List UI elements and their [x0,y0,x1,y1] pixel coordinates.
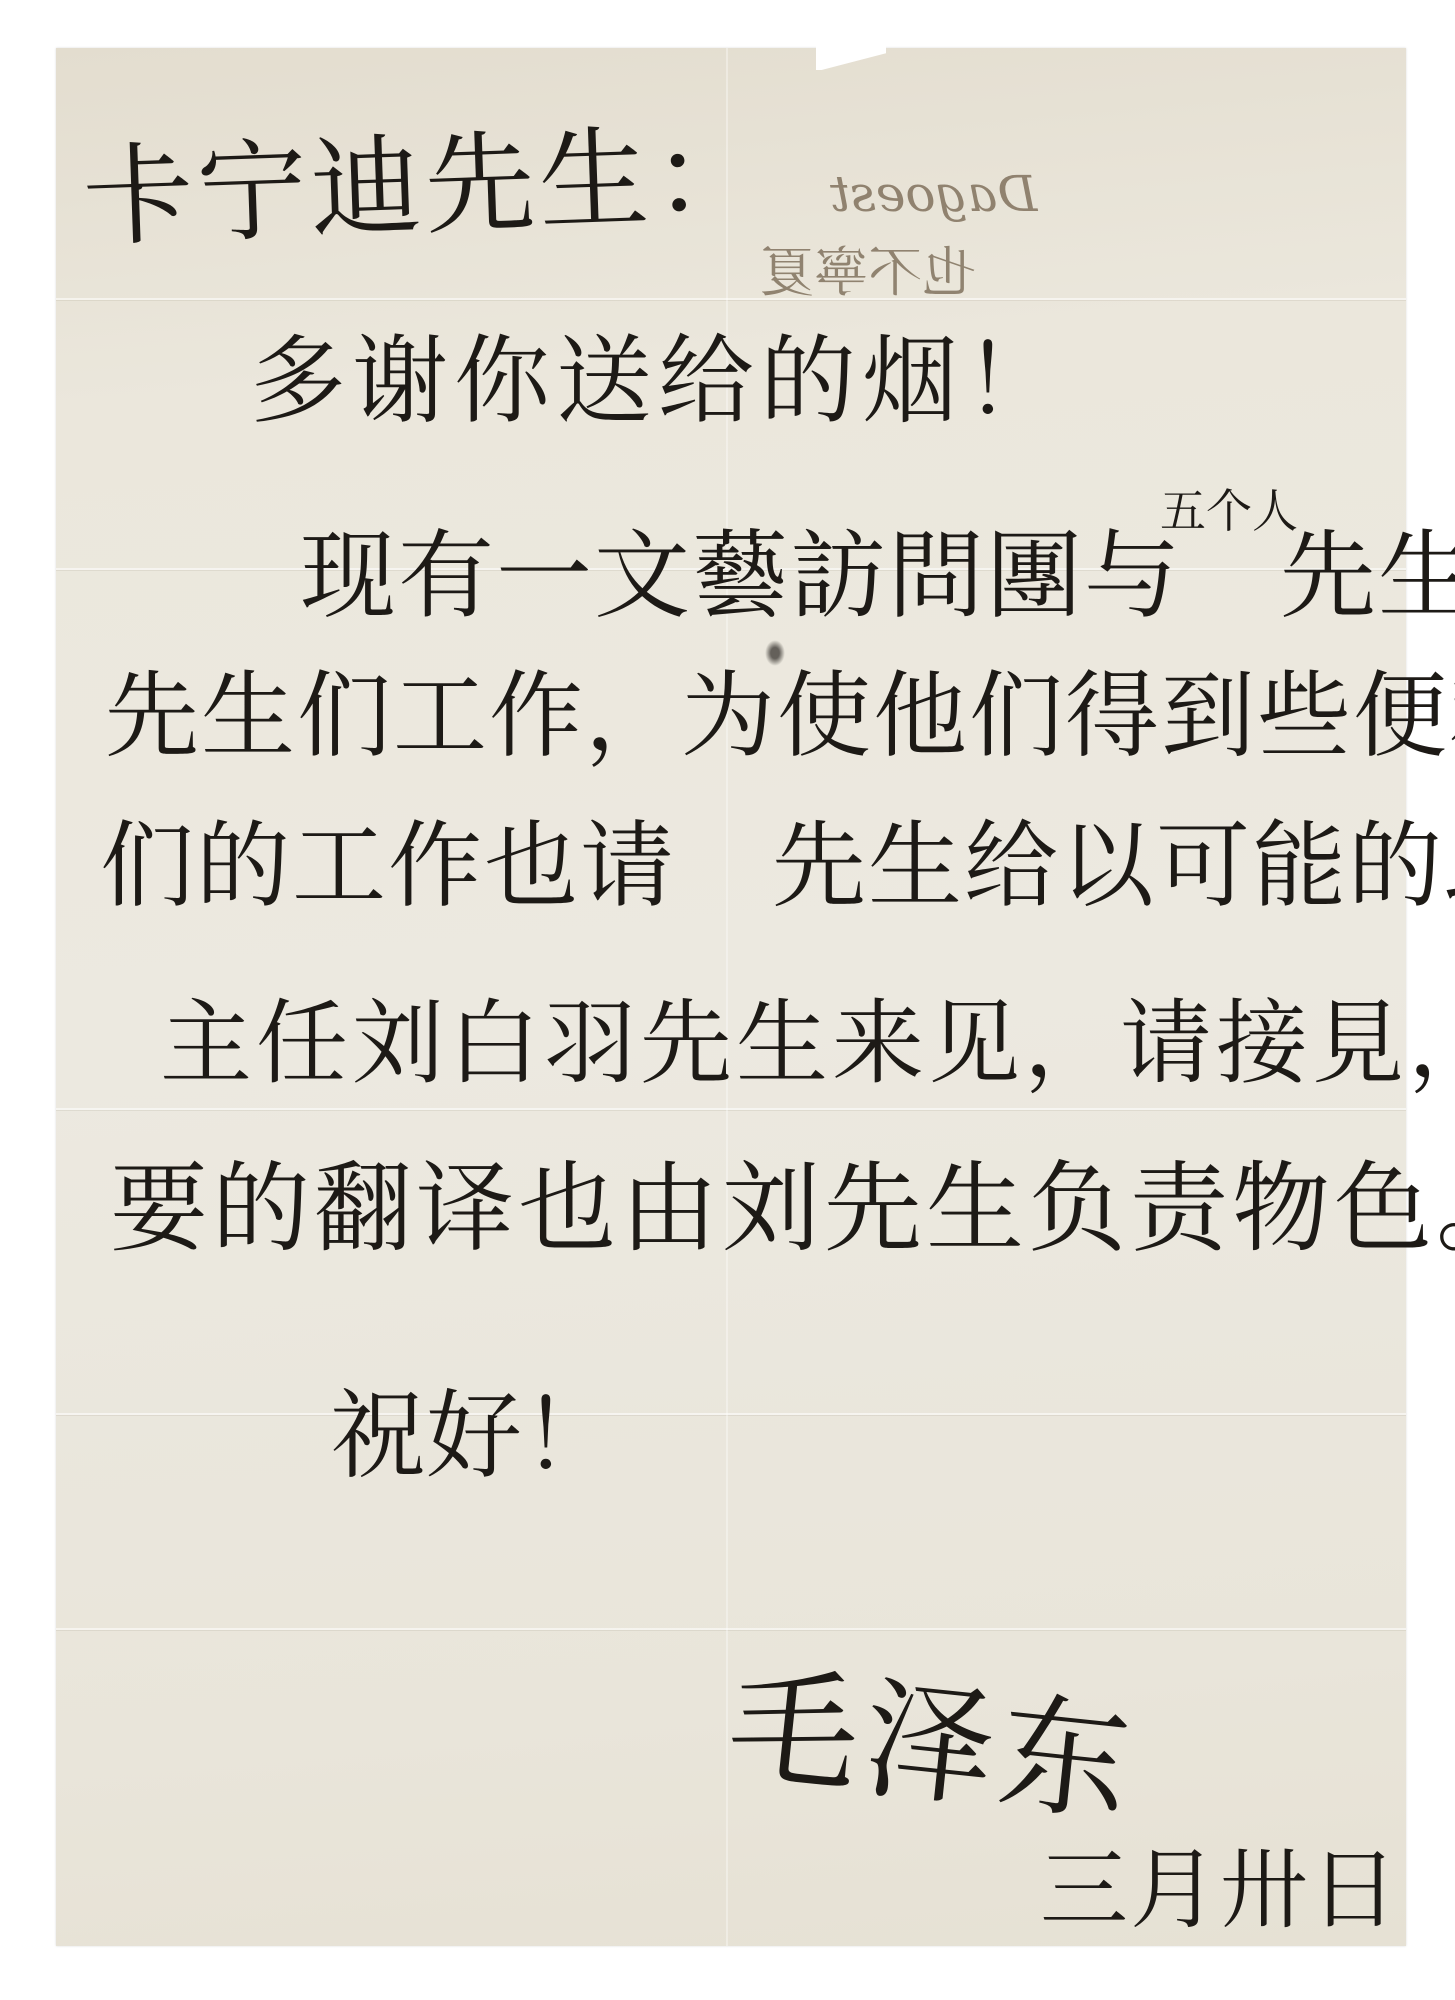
paper-tear-notch [816,46,886,70]
body-line: 们的工作也请 先生给以可能的助力，他 [100,790,1455,925]
ink-blot [765,640,785,666]
fold-line [56,298,1406,300]
body-line: 主任刘白羽先生来见，请接見，你 [160,970,1455,1102]
fold-line [56,1108,1406,1110]
closing-greeting: 祝好！ [330,1360,618,1497]
bleed-through-text: 也不寧夏 [760,230,976,307]
body-line: 现有一文藝訪問團与 先生們欲 [300,500,1455,637]
bleed-through-text: Dagoest [830,165,1037,223]
letter-date: 三月卅日 [1040,1820,1400,1946]
fold-line [56,1413,1406,1415]
salutation: 卡宁迪先生： [80,86,769,268]
fold-line [56,1628,1406,1630]
body-line: 要的翻译也由刘先生负责物色。 [110,1130,1455,1271]
body-line: 多谢你送给的烟！ [250,305,1066,442]
